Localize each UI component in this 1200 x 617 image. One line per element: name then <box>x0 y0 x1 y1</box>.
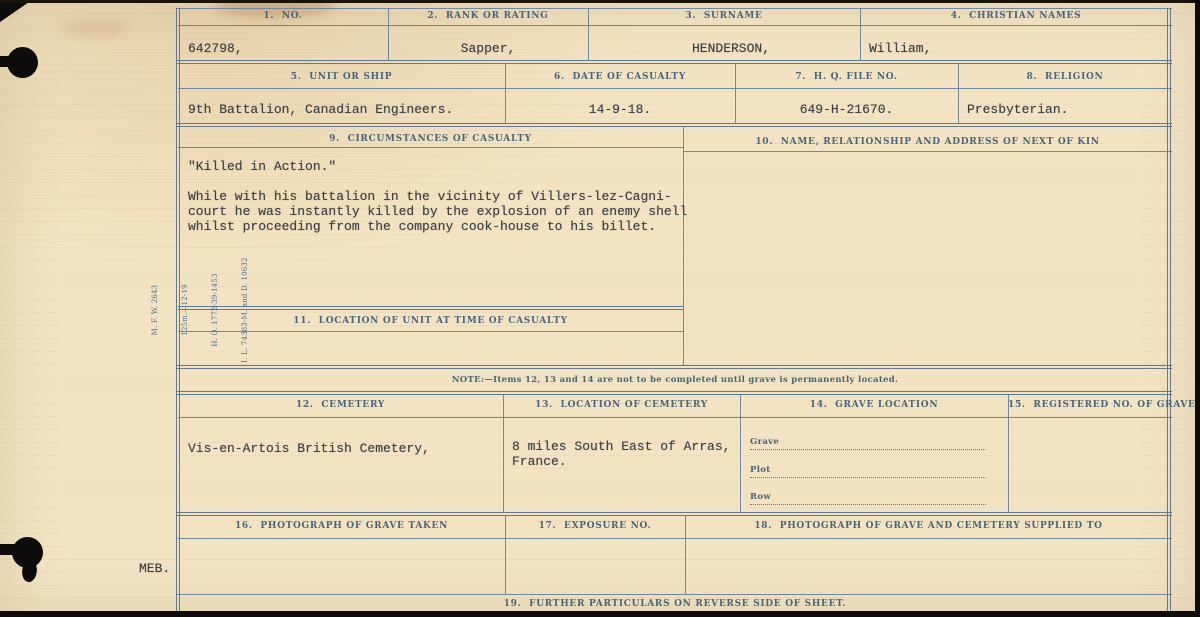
table-line <box>177 594 1172 595</box>
table-line <box>177 8 1172 9</box>
field-cemetery-value: Vis-en-Artois British Cemetery, <box>188 441 430 456</box>
grave-row: Grave <box>750 437 986 450</box>
stamp-line: H. Q. 1772-39-1453 <box>210 253 220 367</box>
stamp-line: 125m.—12-19 <box>180 253 190 367</box>
field-religion-label: 8. RELIGION <box>958 72 1172 82</box>
field-registered-grave-label: 15. REGISTERED NO. OF GRAVE <box>1008 400 1167 410</box>
field-no-label: 1. NO. <box>178 11 388 21</box>
table-line <box>177 391 1172 395</box>
table-line <box>177 60 1172 64</box>
field-photo-taken-label: 16. PHOTOGRAPH OF GRAVE TAKEN <box>178 521 505 531</box>
table-line <box>740 395 741 512</box>
field-religion-value: Presbyterian. <box>967 102 1068 117</box>
table-line <box>177 123 1172 127</box>
mat-edge-bottom <box>0 611 1200 617</box>
punch-hole-bottom-slot <box>0 544 18 555</box>
margin-note: MEB. <box>139 561 170 576</box>
field-date-of-casualty-label: 6. DATE OF CASUALTY <box>505 72 735 82</box>
field-rank-label: 2. RANK OR RATING <box>388 11 588 21</box>
mat-edge-top <box>0 0 1200 3</box>
field-surname-value: HENDERSON, <box>692 41 770 56</box>
field-surname-label: 3. SURNAME <box>588 11 860 21</box>
field-unit-value: 9th Battalion, Canadian Engineers. <box>188 102 453 117</box>
field-next-of-kin-label: 10. NAME, RELATIONSHIP AND ADDRESS OF NE… <box>683 137 1172 147</box>
field-christian-names-label: 4. CHRISTIAN NAMES <box>860 11 1172 21</box>
plot-row: Plot <box>750 465 986 478</box>
field-cemetery-location-value: 8 miles South East of Arras, France. <box>512 439 730 469</box>
field-further-particulars-label: 19. FURTHER PARTICULARS ON REVERSE SIDE … <box>178 599 1172 609</box>
clipped-corner <box>0 0 32 22</box>
field-cemetery-label: 12. CEMETERY <box>178 400 503 410</box>
table-line <box>177 365 1172 369</box>
table-line <box>683 151 1172 152</box>
note-line: NOTE:—Items 12, 13 and 14 are not to be … <box>178 375 1172 385</box>
table-line <box>178 538 1172 539</box>
table-line <box>177 512 1172 516</box>
field-photo-supplied-label: 18. PHOTOGRAPH OF GRAVE AND CEMETERY SUP… <box>685 521 1172 531</box>
field-circumstances-value: "Killed in Action." While with his batta… <box>188 159 688 234</box>
field-christian-names-value: William, <box>869 41 931 56</box>
field-circumstances-label: 9. CIRCUMSTANCES OF CASUALTY <box>178 134 683 144</box>
paper-stain <box>60 20 130 36</box>
field-no-value: 642798, <box>188 41 243 56</box>
stamp-line: I. L. 74383-M. and D. 10632 <box>240 253 250 367</box>
field-hq-file-label: 7. H. Q. FILE NO. <box>735 72 958 82</box>
table-line <box>178 88 1172 89</box>
row-row: Row <box>750 492 986 505</box>
field-date-of-casualty-value: 14-9-18. <box>505 102 735 117</box>
mat-edge-right <box>1195 0 1200 617</box>
field-cemetery-location-label: 13. LOCATION OF CEMETERY <box>503 400 740 410</box>
field-unit-label: 5. UNIT OR SHIP <box>178 72 505 82</box>
field-grave-location-label: 14. GRAVE LOCATION <box>740 400 1008 410</box>
punch-hole-top-slot <box>0 56 16 67</box>
field-rank-value: Sapper, <box>388 41 588 56</box>
table-line <box>1008 395 1009 512</box>
table-line <box>503 395 504 512</box>
field-hq-file-value: 649-H-21670. <box>735 102 958 117</box>
table-line <box>178 147 683 148</box>
field-exposure-label: 17. EXPOSURE NO. <box>505 521 685 531</box>
register-card: 1. NO. 2. RANK OR RATING 3. SURNAME 4. C… <box>0 0 1200 617</box>
table-line <box>178 25 1172 26</box>
table-line <box>178 417 1172 418</box>
form-number-stamp: M. F. W. 2643 125m.—12-19 H. Q. 1772-39-… <box>130 253 172 367</box>
stamp-line: M. F. W. 2643 <box>150 253 160 367</box>
